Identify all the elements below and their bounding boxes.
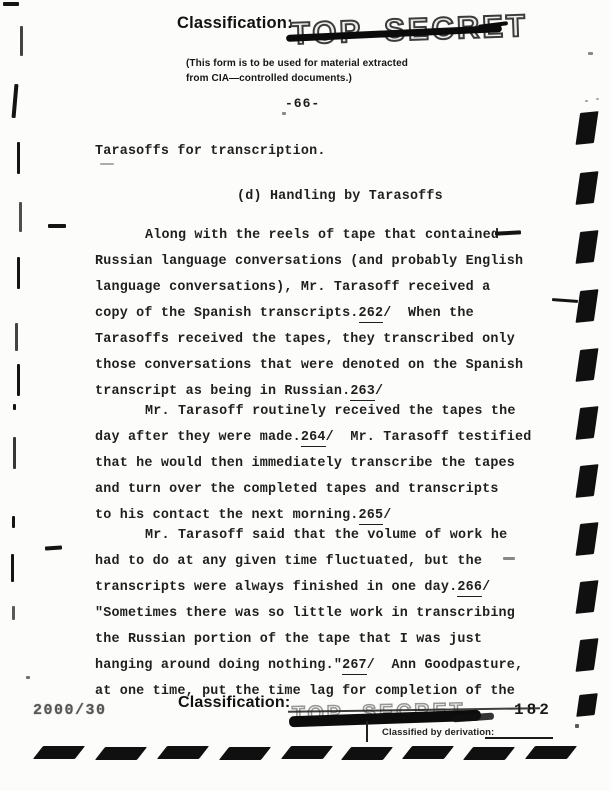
body-text: (d) Handling by Tarasoffs — [237, 189, 443, 204]
body-text: / — [375, 384, 383, 399]
binding-mark — [576, 171, 599, 205]
body-line: Tarasoffs for transcription. — [95, 139, 555, 165]
body-text: / Ann Goodpasture, — [367, 658, 523, 673]
body-text: copy of the Spanish transcripts. — [95, 306, 359, 321]
form-note-line1: (This form is to be used for material ex… — [186, 56, 426, 71]
body-text: to his contact the next morning. — [95, 508, 359, 523]
footnote-reference: 262 — [359, 306, 384, 323]
body-text: / — [383, 508, 391, 523]
scan-artifact — [17, 257, 20, 289]
scan-artifact — [552, 298, 578, 303]
body-text: and turn over the completed tapes and tr… — [95, 482, 499, 497]
body-text: "Sometimes there was so little work in t… — [95, 606, 515, 621]
body-text: Tarasoffs received the tapes, they trans… — [95, 332, 515, 347]
binding-mark — [576, 406, 599, 440]
binding-mark — [576, 580, 599, 614]
document-body: Tarasoffs for transcription.(d) Handling… — [95, 139, 555, 705]
scan-artifact — [17, 364, 20, 396]
scan-artifact — [19, 202, 22, 232]
body-line: copy of the Spanish transcripts.262/ Whe… — [95, 301, 555, 327]
scan-artifact — [13, 404, 16, 410]
scan-artifact — [100, 163, 114, 165]
body-text: day after they were made. — [95, 430, 301, 445]
body-text: Mr. Tarasoff routinely received the tape… — [145, 404, 516, 419]
body-text: those conversations that were denoted on… — [95, 358, 523, 373]
scan-artifact — [3, 2, 19, 6]
scan-artifact — [503, 557, 515, 560]
body-line: and turn over the completed tapes and tr… — [95, 477, 555, 503]
binding-mark — [576, 693, 598, 717]
binding-mark — [576, 638, 599, 672]
body-line: language conversations), Mr. Tarasoff re… — [95, 275, 555, 301]
form-note-line2: from CIA—controlled documents.) — [186, 71, 426, 86]
scan-artifact — [26, 676, 30, 679]
binding-mark — [576, 111, 599, 145]
scan-artifact — [596, 98, 599, 100]
body-text: / When the — [383, 306, 474, 321]
page-number: -66- — [285, 96, 320, 111]
body-line: at one time, put the time lag for comple… — [95, 679, 555, 705]
body-text: Tarasoffs for transcription. — [95, 144, 326, 159]
body-text: hanging around doing nothing." — [95, 658, 342, 673]
scan-artifact — [45, 545, 62, 550]
binding-mark — [576, 289, 599, 323]
body-text: / — [482, 580, 490, 595]
scan-artifact — [12, 516, 15, 528]
body-line: Mr. Tarasoff routinely received the tape… — [95, 399, 555, 425]
body-text: had to do at any given time fluctuated, … — [95, 554, 482, 569]
classified-by-label: Classified by derivation: — [382, 727, 494, 738]
footnote-reference: 267 — [342, 658, 367, 675]
binding-mark — [576, 230, 599, 264]
binding-mark — [576, 348, 599, 382]
body-text: Russian language conversations (and prob… — [95, 254, 523, 269]
body-line: Tarasoffs received the tapes, they trans… — [95, 327, 555, 353]
scan-artifact — [15, 323, 18, 351]
page-reference-number: 182 — [514, 701, 552, 719]
body-line: "Sometimes there was so little work in t… — [95, 601, 555, 627]
body-line: that he would then immediately transcrib… — [95, 451, 555, 477]
body-text: transcripts were always finished in one … — [95, 580, 457, 595]
body-line: the Russian portion of the tape that I w… — [95, 627, 555, 653]
scan-artifact — [282, 112, 286, 115]
body-text: Mr. Tarasoff said that the volume of wor… — [145, 528, 507, 543]
document-page: Classification: TOP SECRET (This form is… — [0, 0, 612, 791]
body-text: that he would then immediately transcrib… — [95, 456, 515, 471]
scan-artifact — [588, 52, 593, 55]
scan-artifact — [575, 724, 579, 728]
classified-by-underline — [485, 737, 553, 739]
punch-mark — [33, 746, 85, 759]
scan-artifact — [11, 554, 14, 582]
footnote-reference: 266 — [457, 580, 482, 597]
body-line: day after they were made.264/ Mr. Taraso… — [95, 425, 555, 451]
binding-mark — [576, 522, 599, 556]
body-line: Along with the reels of tape that contai… — [95, 223, 555, 249]
scan-artifact — [585, 100, 588, 102]
body-text: Along with the reels of tape that contai… — [145, 228, 499, 243]
punch-mark — [402, 746, 454, 759]
footnote-reference: 264 — [301, 430, 326, 447]
scan-artifact — [13, 437, 16, 469]
body-text: at one time, put the time lag for comple… — [95, 684, 515, 699]
form-note: (This form is to be used for material ex… — [186, 56, 426, 86]
punch-mark — [463, 747, 515, 760]
body-line: Mr. Tarasoff said that the volume of wor… — [95, 523, 555, 549]
header-classification-label: Classification: — [177, 14, 293, 33]
body-line: hanging around doing nothing."267/ Ann G… — [95, 653, 555, 679]
redaction-blob-extension — [452, 713, 494, 723]
body-text: transcript as being in Russian. — [95, 384, 350, 399]
body-text: / Mr. Tarasoff testified — [326, 430, 532, 445]
punch-mark — [219, 747, 271, 760]
body-line: those conversations that were denoted on… — [95, 353, 555, 379]
body-text: the Russian portion of the tape that I w… — [95, 632, 482, 647]
punch-mark — [157, 746, 209, 759]
punch-mark — [95, 747, 147, 760]
scan-artifact — [12, 84, 19, 118]
document-number-stamp: 2000/30 — [33, 702, 107, 719]
body-line: (d) Handling by Tarasoffs — [95, 184, 555, 210]
body-text: language conversations), Mr. Tarasoff re… — [95, 280, 490, 295]
footer-classification-label: Classification: — [178, 694, 290, 712]
scan-artifact — [20, 26, 23, 56]
binding-mark — [576, 464, 599, 498]
body-line: had to do at any given time fluctuated, … — [95, 549, 555, 575]
scan-artifact — [48, 224, 66, 228]
form-tick-mark — [366, 721, 368, 742]
scan-artifact — [17, 142, 20, 174]
punch-mark — [525, 746, 577, 759]
body-line: Russian language conversations (and prob… — [95, 249, 555, 275]
punch-mark — [281, 746, 333, 759]
scan-artifact — [12, 606, 15, 620]
punch-mark — [341, 747, 393, 760]
body-line: transcripts were always finished in one … — [95, 575, 555, 601]
